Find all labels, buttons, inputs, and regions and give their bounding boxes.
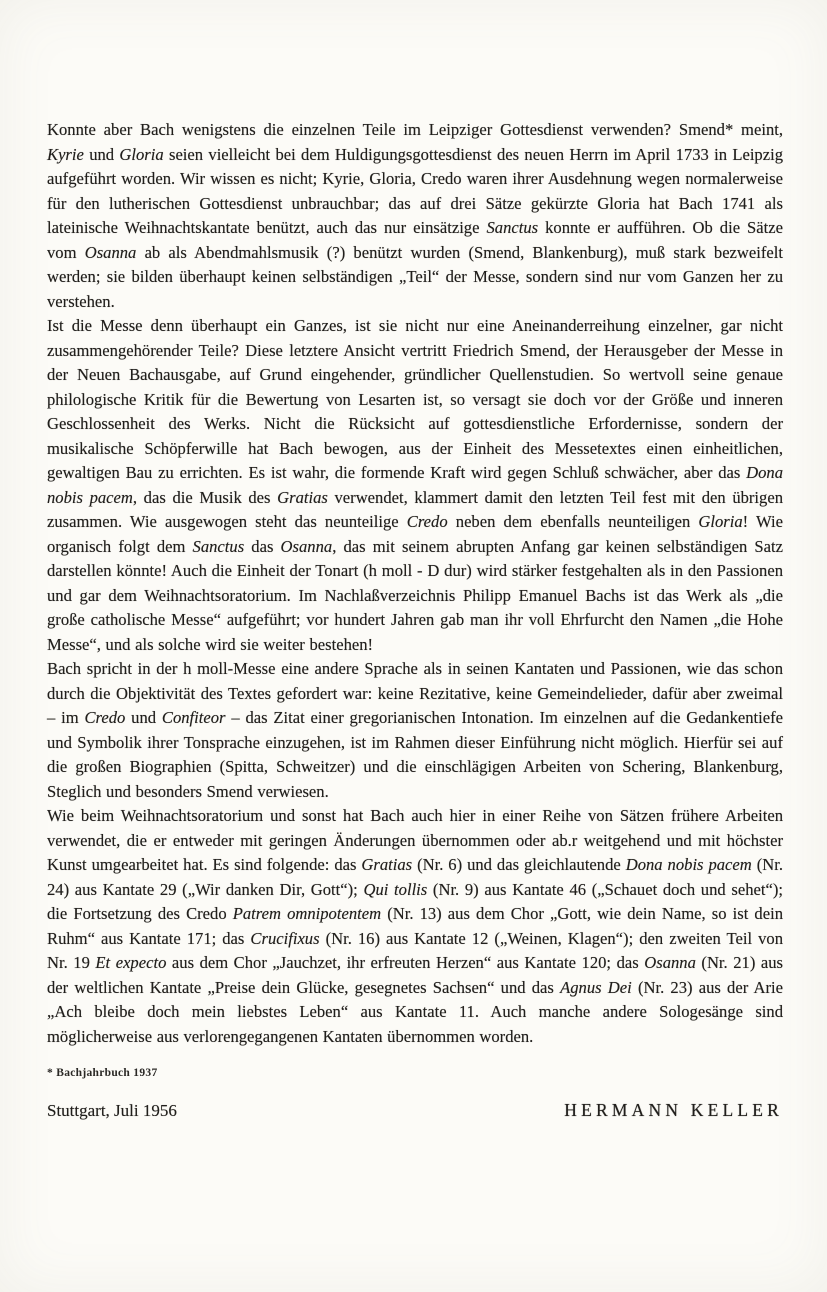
scanned-book-page: Konnte aber Bach wenigstens die einzelne… — [0, 0, 827, 1292]
place-date: Stuttgart, Juli 1956 — [47, 1101, 177, 1121]
paragraph-3: Bach spricht in der h moll-Messe eine an… — [47, 657, 783, 804]
text-block: Konnte aber Bach wenigstens die einzelne… — [47, 118, 783, 1121]
author-name: HERMANN KELLER — [564, 1100, 783, 1121]
paragraph-1: Konnte aber Bach wenigstens die einzelne… — [47, 118, 783, 314]
signature-row: Stuttgart, Juli 1956 HERMANN KELLER — [47, 1100, 783, 1121]
footnote: * Bachjahrbuch 1937 — [47, 1066, 783, 1080]
paragraph-2: Ist die Messe denn überhaupt ein Ganzes,… — [47, 314, 783, 657]
paragraph-4: Wie beim Weihnachtsoratorium und sonst h… — [47, 804, 783, 1049]
